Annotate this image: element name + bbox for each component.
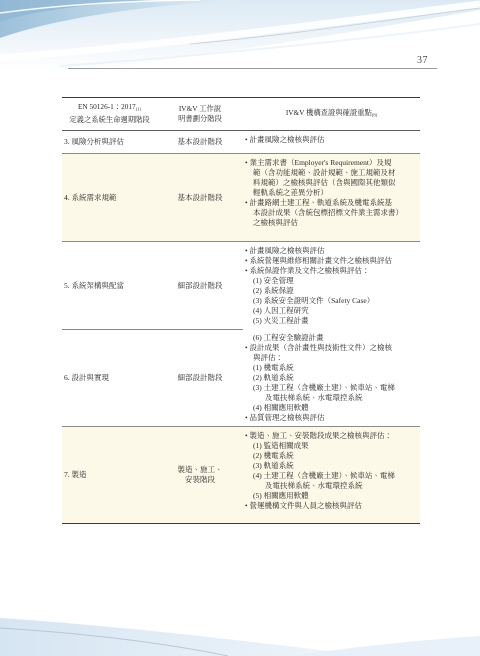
table-row-phase-4: 4. 系統需求規範 基本設計階段 • 業主需求書（Employer's Requ… (62, 153, 420, 241)
table-row-phase-3: 3. 風險分析與評估 基本設計階段 • 計畫風險之檢核與評估 (62, 131, 420, 153)
stage-cell: 製造、施工、 安裝階段 (157, 427, 243, 523)
verification-item: (1) 機電系統 (243, 363, 420, 373)
verification-item: • 設計成果（含計畫性與技術性文件）之檢核 (243, 343, 420, 353)
phase-cell: 3. 風險分析與評估 (62, 131, 157, 153)
phase-cell: 6. 設計與實現 (62, 329, 157, 426)
verification-item: • 系統營運與維修相關計畫文件之檢核與評估 (243, 256, 420, 266)
verification-item: 之檢核與評估 (243, 218, 420, 228)
header-verification-points: IV&V 機構查證與確證重點[8] (243, 98, 420, 130)
header-col1-subtitle: 定義之系統生命週期階段 (62, 115, 157, 126)
verification-item: (2) 機電系統 (243, 451, 420, 461)
stage-cell: 基本設計階段 (157, 131, 243, 153)
verification-item: (4) 土建工程（含機廠土建）、候車站、電梯 (243, 471, 420, 481)
verification-item: • 計畫風險之檢核與評估 (243, 135, 420, 145)
verification-item: (3) 軌道系統 (243, 461, 420, 471)
verification-item: • 製造、施工、安裝階段成果之檢核與評估： (243, 431, 420, 441)
stage-cell: 細部設計階段 (157, 242, 243, 329)
verification-item: (5) 火災工程計畫 (243, 316, 420, 326)
lifecycle-verification-table: EN 50126-1：2017[1] 定義之系統生命週期階段 IV&V 工作說 … (62, 97, 420, 524)
table-row-phase-6: 6. 設計與實現 細部設計階段 (6) 工程安全驗證計畫 • 設計成果（含計畫性… (62, 329, 420, 426)
verification-item: • 品質管理之檢核與評估 (243, 413, 420, 423)
verification-item: 及電扶梯系統、水電環控系統 (243, 393, 420, 403)
page-number: 37 (417, 55, 441, 66)
table-row-phase-5: 5. 系統架構與配當 細部設計階段 • 計畫風險之檢核與評估 • 系統營運與維修… (62, 241, 420, 329)
verification-item: (6) 工程安全驗證計畫 (243, 333, 420, 343)
verification-item: 與評估： (243, 353, 420, 363)
header-rule (68, 68, 437, 69)
header-col2-line1: IV&V 工作說 (157, 104, 243, 115)
verification-item: 本設計成果（含統包標招標文件業主需求書） (243, 208, 420, 218)
verification-item: 輕軌系統之差異分析） (243, 188, 420, 198)
verification-item: • 業主需求書（Employer's Requirement）及規 (243, 158, 420, 168)
table-row-phase-7: 7. 製造 製造、施工、 安裝階段 • 製造、施工、安裝階段成果之檢核與評估： … (62, 426, 420, 523)
verification-item: • 計畫路網土建工程、軌道系統及機電系統基 (243, 198, 420, 208)
verification-item: (4) 相關應用軟體 (243, 403, 420, 413)
verification-item: 及電扶梯系統、水電環控系統 (243, 481, 420, 491)
verification-item: (2) 軌道系統 (243, 373, 420, 383)
header-col3-title: IV&V 機構查證與確證重點 (286, 108, 372, 117)
header-col2-line2: 明書劃分階段 (157, 114, 243, 125)
header-ivv-stage: IV&V 工作說 明書劃分階段 (157, 98, 243, 130)
stage-cell: 基本設計階段 (157, 154, 243, 241)
verification-item: (1) 監造相關成果 (243, 441, 420, 451)
verification-item: 料規範）之檢核與評估（含與國際其他類似 (243, 178, 420, 188)
verification-item: (4) 人因工程研究 (243, 306, 420, 316)
verification-item: • 計畫風險之檢核與評估 (243, 246, 420, 256)
verification-item: 範（含功能規範、設計規範、施工規範及材 (243, 168, 420, 178)
verification-item: (1) 安全管理 (243, 276, 420, 286)
verification-cell: (6) 工程安全驗證計畫 • 設計成果（含計畫性與技術性文件）之檢核 與評估： … (243, 329, 420, 426)
footnote-ref-1: [1] (136, 107, 141, 112)
stage-cell: 細部設計階段 (157, 329, 243, 426)
header-lifecycle-phase: EN 50126-1：2017[1] 定義之系統生命週期階段 (62, 98, 157, 130)
verification-cell: • 計畫風險之檢核與評估 (243, 131, 420, 153)
verification-item: (2) 系統保證 (243, 286, 420, 296)
verification-cell: • 業主需求書（Employer's Requirement）及規 範（含功能規… (243, 154, 420, 241)
table-header-row: EN 50126-1：2017[1] 定義之系統生命週期階段 IV&V 工作說 … (62, 98, 420, 131)
phase-cell: 4. 系統需求規範 (62, 154, 157, 241)
verification-item: • 系統保證作業及文件之檢核與評估： (243, 266, 420, 276)
footnote-ref-8: [8] (372, 112, 377, 117)
verification-item: • 營運機構文件與人員之檢核與評估 (243, 501, 420, 511)
bottom-wave-decoration (0, 590, 480, 656)
verification-cell: • 製造、施工、安裝階段成果之檢核與評估： (1) 監造相關成果 (2) 機電系… (243, 427, 420, 523)
phase-cell: 7. 製造 (62, 427, 157, 523)
phase-cell: 5. 系統架構與配當 (62, 242, 157, 329)
verification-item: (3) 土建工程（含機廠土建）、候車站、電梯 (243, 383, 420, 393)
verification-item: (3) 系統安全證明文件（Safety Case） (243, 296, 420, 306)
verification-item: (5) 相關應用軟體 (243, 491, 420, 501)
header-col1-title: EN 50126-1：2017 (78, 102, 136, 111)
verification-cell: • 計畫風險之檢核與評估 • 系統營運與維修相關計畫文件之檢核與評估 • 系統保… (243, 242, 420, 329)
